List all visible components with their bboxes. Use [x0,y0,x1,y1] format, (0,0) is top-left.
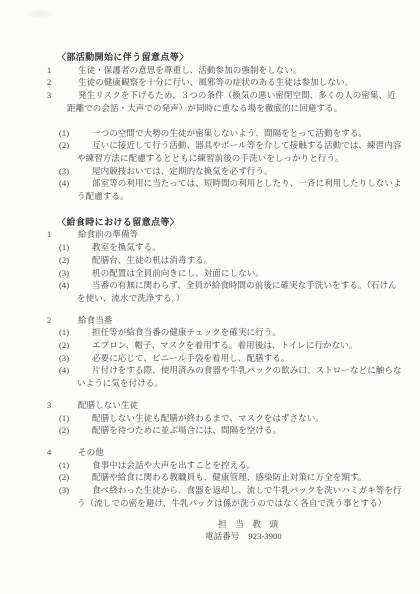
group-title-text: その他 [78,447,104,457]
subitem-number: (2) [68,471,92,484]
rule-subitem: (2)エプロン、帽子、マスクを着用する。着用後は、トイレに行かない。 [77,339,402,352]
section2-heading: 〈給食時における留意点等〉 [57,216,420,229]
subitem-number: (4) [68,364,92,377]
group-number: 3 [57,399,78,412]
subitem-text: 屋内競技おいては、定期的な換気を必ず行う。 [92,166,273,176]
subitem-text: 配膳しない生徒も配膳が終わるまで、マスクをはずさない。 [92,413,324,423]
subitem-number: (3) [68,267,92,280]
group-title-text: 配膳しない生徒 [78,400,138,410]
group-title-text: 給食当番 [78,315,112,325]
subitem-number: (2) [68,254,92,267]
rule-subitem: (1)配膳しない生徒も配膳が終わるまで、マスクをはずさない。 [77,412,402,425]
subitem-number: (4) [68,177,92,190]
rule-item: 1生徒・保護者の意思を尊重し、活動参加の強制をしない。 [67,64,400,77]
item-number: 3 [57,89,78,102]
subitem-text: 当番の有無に関わらず、全員が給食時間の前後に確実な手洗いをする。（石けんを使い、… [77,280,397,303]
subitem-text: 配膳を待つために並ぶ場合には、間隔を空ける。 [92,425,281,435]
group-title: 4その他 [67,446,400,459]
rule-subitem: (4)当番の有無に関わらず、全員が給食時間の前後に確実な手洗いをする。（石けんを… [77,279,402,304]
subitem-text: 必要に応じて、ビニール手袋を着用し、配膳する。 [92,353,289,363]
item-text: 生徒の健康観察を十分に行い、風邪等の症状のある生徒は参加しない。 [78,77,353,87]
subitem-text: 部室等の利用に当たっては、短時間の利用としたり、一斉に利用したりしないよう配慮す… [77,178,402,201]
subitem-text: 食べ終わった生徒から、食器を返却し、流しで牛乳パックを洗いハミガキ等を行う（流し… [77,485,402,508]
subitem-text: 配膳や給食に関わる教職員も、健康管理、感染防止対策に万全を期す。 [92,472,367,482]
subitem-number: (1) [68,412,92,425]
subitem-number: (1) [68,326,92,339]
group-title: 3配膳しない生徒 [67,399,400,412]
item-text: 生徒・保護者の意思を尊重し、活動参加の強制をしない。 [78,65,302,75]
item-text: 発生リスクを下げるため、３つの条件（換気の悪い密閉空間、多くの人の密集、近距離で… [67,90,396,113]
subitem-text: エプロン、帽子、マスクを着用する。着用後は、トイレに行かない。 [92,340,358,350]
rule-subitem: (3)屋内競技おいては、定期的な換気を必ず行う。 [77,165,402,178]
rule-subitem: (1)一つの空間で大勢の生徒が密集しないよう、間隔をとって活動をする。 [77,127,402,140]
subitem-number: (3) [68,484,92,497]
scan-smudge [26,8,54,19]
group-number: 1 [57,228,78,241]
subitem-text: 一つの空間で大勢の生徒が密集しないよう、間隔をとって活動をする。 [92,128,367,138]
subitem-number: (1) [68,241,92,254]
phone-number: 923-3900 [248,531,281,541]
rule-item: 3発生リスクを下げるため、３つの条件（換気の悪い密閉空間、多くの人の密集、近距離… [67,89,400,114]
group-number: 2 [57,314,78,327]
subitem-text: 机の配置は全員前向きにし、対面にしない。 [92,268,264,278]
rule-subitem: (3)食べ終わった生徒から、食器を返却し、流しで牛乳パックを洗いハミガキ等を行う… [77,484,402,509]
subitem-text: 担任等が給食当番の健康チェックを確実に行う。 [92,327,281,337]
rule-subitem: (4)片付けをする際、使用済みの食器や牛乳パックの飲み口、ストローなどに触らない… [77,364,402,389]
rule-subitem: (1)教室を換気する。 [77,241,402,254]
subitem-number: (3) [68,352,92,365]
subitem-number: (2) [68,139,92,152]
subitem-number: (2) [68,339,92,352]
subitem-text: 教室を換気する。 [92,242,161,252]
rule-subitem: (2)互いに接近して行う活動、器具やボール等を介して接触する活動では、練習内容や… [77,139,402,164]
subitem-number: (1) [68,459,92,472]
subitem-text: 食事中は会話や大声を出すことを控える。 [92,460,255,470]
contact-phone: 電話番号923-3900 [205,530,420,543]
item-number: 2 [57,76,78,89]
rule-subitem: (3)必要に応じて、ビニール手袋を着用し、配膳する。 [77,352,402,365]
rule-subitem: (1)担任等が給食当番の健康チェックを確実に行う。 [77,326,402,339]
document-page: 〈部活動開始に伴う留意点等〉 1生徒・保護者の意思を尊重し、活動参加の強制をしな… [0,0,420,594]
rule-subitem: (4)部室等の利用に当たっては、短時間の利用としたり、一斉に利用したりしないよう… [77,177,402,202]
rule-subitem: (1)食事中は会話や大声を出すことを控える。 [77,459,402,472]
group-title: 2給食当番 [67,314,400,327]
subitem-number: (2) [68,424,92,437]
section1-heading: 〈部活動開始に伴う留意点等〉 [57,51,420,64]
contact-role: 担 当 教 頭 [218,518,420,531]
group-title: 1給食前の準備等 [67,228,400,241]
rule-subitem: (2)配膳や給食に関わる教職員も、健康管理、感染防止対策に万全を期す。 [77,471,402,484]
group-title-text: 給食前の準備等 [78,229,138,239]
footer-contact: 担 当 教 頭 電話番号923-3900 [0,518,420,543]
subitem-number: (3) [68,165,92,178]
phone-label: 電話番号 [205,531,239,541]
rule-subitem: (2)配膳台、生徒の机は消毒する。 [77,254,402,267]
subitem-text: 配膳台、生徒の机は消毒する。 [92,255,212,265]
rule-subitem: (2)配膳を待つために並ぶ場合には、間隔を空ける。 [77,424,402,437]
subitem-number: (1) [68,127,92,140]
subitem-number: (4) [68,279,92,292]
rule-item: 2生徒の健康観察を十分に行い、風邪等の症状のある生徒は参加しない。 [67,76,400,89]
item-number: 1 [57,64,78,77]
rule-subitem: (3)机の配置は全員前向きにし、対面にしない。 [77,267,402,280]
subitem-text: 片付けをする際、使用済みの食器や牛乳パックの飲み口、ストローなどに触らないように… [77,365,402,388]
group-number: 4 [57,446,78,459]
subitem-text: 互いに接近して行う活動、器具やボール等を介して接触する活動では、練習内容や練習方… [77,140,401,163]
